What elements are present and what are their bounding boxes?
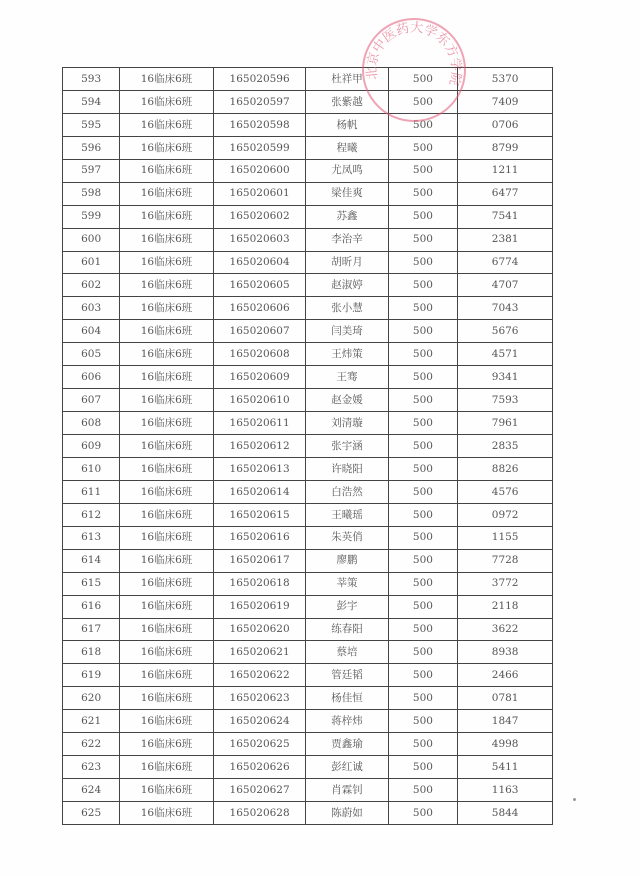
- row-index-cell: 622: [63, 733, 120, 756]
- code-cell: 4571: [458, 343, 553, 366]
- student-name-cell: 赵淑婷: [306, 274, 388, 297]
- class-cell: 16临床6班: [120, 90, 214, 113]
- student-roster-table: 59316临床6班165020596杜祥甲500537059416临床6班165…: [62, 67, 553, 825]
- student-name-cell: 廖鹏: [306, 549, 388, 572]
- class-cell: 16临床6班: [120, 205, 214, 228]
- code-cell: 4576: [458, 480, 553, 503]
- row-index-cell: 618: [63, 641, 120, 664]
- student-name-cell: 白浩然: [306, 480, 388, 503]
- table-row: 59916临床6班165020602苏鑫5007541: [63, 205, 553, 228]
- table-row: 60116临床6班165020604胡昕月5006774: [63, 251, 553, 274]
- code-cell: 7043: [458, 297, 553, 320]
- table-row: 61916临床6班165020622管廷韬5002466: [63, 664, 553, 687]
- student-id-cell: 165020612: [213, 435, 306, 458]
- row-index-cell: 593: [63, 68, 120, 91]
- row-index-cell: 620: [63, 687, 120, 710]
- table-row: 60216临床6班165020605赵淑婷5004707: [63, 274, 553, 297]
- student-id-cell: 165020620: [213, 618, 306, 641]
- amount-cell: 500: [388, 435, 458, 458]
- code-cell: 8938: [458, 641, 553, 664]
- student-id-cell: 165020618: [213, 572, 306, 595]
- amount-cell: 500: [388, 779, 458, 802]
- student-id-cell: 165020610: [213, 389, 306, 412]
- code-cell: 6477: [458, 182, 553, 205]
- code-cell: 1847: [458, 710, 553, 733]
- student-id-cell: 165020607: [213, 320, 306, 343]
- class-cell: 16临床6班: [120, 687, 214, 710]
- row-index-cell: 614: [63, 549, 120, 572]
- row-index-cell: 623: [63, 756, 120, 779]
- student-id-cell: 165020605: [213, 274, 306, 297]
- student-name-cell: 尤凤鸣: [306, 159, 388, 182]
- student-id-cell: 165020596: [213, 68, 306, 91]
- table-row: 62116临床6班165020624蒋梓炜5001847: [63, 710, 553, 733]
- row-index-cell: 609: [63, 435, 120, 458]
- student-id-cell: 165020621: [213, 641, 306, 664]
- row-index-cell: 597: [63, 159, 120, 182]
- student-id-cell: 165020600: [213, 159, 306, 182]
- amount-cell: 500: [388, 641, 458, 664]
- scanned-page: 59316临床6班165020596杜祥甲500537059416临床6班165…: [0, 0, 640, 876]
- class-cell: 16临床6班: [120, 136, 214, 159]
- table-row: 61516临床6班165020618莘策5003772: [63, 572, 553, 595]
- table-row: 61216临床6班165020615王曦瑶5000972: [63, 503, 553, 526]
- student-name-cell: 彭宇: [306, 595, 388, 618]
- student-id-cell: 165020601: [213, 182, 306, 205]
- code-cell: 3772: [458, 572, 553, 595]
- class-cell: 16临床6班: [120, 435, 214, 458]
- class-cell: 16临床6班: [120, 618, 214, 641]
- student-id-cell: 165020598: [213, 113, 306, 136]
- student-id-cell: 165020604: [213, 251, 306, 274]
- student-id-cell: 165020615: [213, 503, 306, 526]
- row-index-cell: 608: [63, 412, 120, 435]
- student-id-cell: 165020602: [213, 205, 306, 228]
- student-name-cell: 杨佳恒: [306, 687, 388, 710]
- code-cell: 5411: [458, 756, 553, 779]
- student-id-cell: 165020625: [213, 733, 306, 756]
- table-row: 62016临床6班165020623杨佳恒5000781: [63, 687, 553, 710]
- row-index-cell: 605: [63, 343, 120, 366]
- code-cell: 1155: [458, 526, 553, 549]
- class-cell: 16临床6班: [120, 641, 214, 664]
- class-cell: 16临床6班: [120, 182, 214, 205]
- student-name-cell: 朱英俏: [306, 526, 388, 549]
- table-row: 59316临床6班165020596杜祥甲5005370: [63, 68, 553, 91]
- student-name-cell: 张小慧: [306, 297, 388, 320]
- amount-cell: 500: [388, 68, 458, 91]
- amount-cell: 500: [388, 343, 458, 366]
- class-cell: 16临床6班: [120, 526, 214, 549]
- row-index-cell: 613: [63, 526, 120, 549]
- amount-cell: 500: [388, 549, 458, 572]
- student-id-cell: 165020611: [213, 412, 306, 435]
- student-name-cell: 练春阳: [306, 618, 388, 641]
- class-cell: 16临床6班: [120, 113, 214, 136]
- row-index-cell: 596: [63, 136, 120, 159]
- amount-cell: 500: [388, 182, 458, 205]
- class-cell: 16临床6班: [120, 412, 214, 435]
- student-name-cell: 杜祥甲: [306, 68, 388, 91]
- code-cell: 7961: [458, 412, 553, 435]
- roster-body: 59316临床6班165020596杜祥甲500537059416临床6班165…: [63, 68, 553, 825]
- code-cell: 5370: [458, 68, 553, 91]
- amount-cell: 500: [388, 480, 458, 503]
- student-id-cell: 165020626: [213, 756, 306, 779]
- code-cell: 4998: [458, 733, 553, 756]
- student-id-cell: 165020628: [213, 802, 306, 825]
- code-cell: 0706: [458, 113, 553, 136]
- student-id-cell: 165020619: [213, 595, 306, 618]
- class-cell: 16临床6班: [120, 457, 214, 480]
- table-row: 61016临床6班165020613许晓阳5008826: [63, 457, 553, 480]
- student-name-cell: 杨帆: [306, 113, 388, 136]
- class-cell: 16临床6班: [120, 503, 214, 526]
- student-id-cell: 165020599: [213, 136, 306, 159]
- student-name-cell: 王炜策: [306, 343, 388, 366]
- code-cell: 8826: [458, 457, 553, 480]
- class-cell: 16临床6班: [120, 572, 214, 595]
- class-cell: 16临床6班: [120, 343, 214, 366]
- code-cell: 7593: [458, 389, 553, 412]
- table-row: 62216临床6班165020625贾鑫瑜5004998: [63, 733, 553, 756]
- student-id-cell: 165020617: [213, 549, 306, 572]
- code-cell: 2466: [458, 664, 553, 687]
- class-cell: 16临床6班: [120, 228, 214, 251]
- table-row: 59616临床6班165020599程曦5008799: [63, 136, 553, 159]
- table-row: 60416临床6班165020607闫美琦5005676: [63, 320, 553, 343]
- student-name-cell: 王曦瑶: [306, 503, 388, 526]
- class-cell: 16临床6班: [120, 802, 214, 825]
- row-index-cell: 606: [63, 366, 120, 389]
- class-cell: 16临床6班: [120, 480, 214, 503]
- row-index-cell: 612: [63, 503, 120, 526]
- table-row: 62416临床6班165020627肖霖钊5001163: [63, 779, 553, 802]
- student-name-cell: 陈蔚如: [306, 802, 388, 825]
- table-row: 60816临床6班165020611刘清璇5007961: [63, 412, 553, 435]
- student-id-cell: 165020608: [213, 343, 306, 366]
- class-cell: 16临床6班: [120, 366, 214, 389]
- amount-cell: 500: [388, 710, 458, 733]
- amount-cell: 500: [388, 297, 458, 320]
- student-name-cell: 李治辛: [306, 228, 388, 251]
- amount-cell: 500: [388, 756, 458, 779]
- table-row: 61416临床6班165020617廖鹏5007728: [63, 549, 553, 572]
- code-cell: 2381: [458, 228, 553, 251]
- class-cell: 16临床6班: [120, 710, 214, 733]
- row-index-cell: 611: [63, 480, 120, 503]
- class-cell: 16临床6班: [120, 549, 214, 572]
- table-row: 62316临床6班165020626彭红诚5005411: [63, 756, 553, 779]
- table-row: 60916临床6班165020612张宇涵5002835: [63, 435, 553, 458]
- amount-cell: 500: [388, 733, 458, 756]
- table-row: 60016临床6班165020603李治辛5002381: [63, 228, 553, 251]
- table-row: 60716临床6班165020610赵金媛5007593: [63, 389, 553, 412]
- row-index-cell: 615: [63, 572, 120, 595]
- student-name-cell: 程曦: [306, 136, 388, 159]
- student-id-cell: 165020616: [213, 526, 306, 549]
- row-index-cell: 616: [63, 595, 120, 618]
- code-cell: 2118: [458, 595, 553, 618]
- code-cell: 3622: [458, 618, 553, 641]
- row-index-cell: 624: [63, 779, 120, 802]
- student-name-cell: 闫美琦: [306, 320, 388, 343]
- table-row: 61816临床6班165020621蔡培5008938: [63, 641, 553, 664]
- row-index-cell: 607: [63, 389, 120, 412]
- amount-cell: 500: [388, 802, 458, 825]
- scan-speck: [573, 798, 576, 801]
- student-name-cell: 梁佳爽: [306, 182, 388, 205]
- amount-cell: 500: [388, 366, 458, 389]
- table-row: 60516临床6班165020608王炜策5004571: [63, 343, 553, 366]
- student-name-cell: 张紫越: [306, 90, 388, 113]
- table-row: 59816临床6班165020601梁佳爽5006477: [63, 182, 553, 205]
- amount-cell: 500: [388, 136, 458, 159]
- table-row: 59516临床6班165020598杨帆5000706: [63, 113, 553, 136]
- class-cell: 16临床6班: [120, 389, 214, 412]
- row-index-cell: 600: [63, 228, 120, 251]
- student-name-cell: 彭红诚: [306, 756, 388, 779]
- class-cell: 16临床6班: [120, 68, 214, 91]
- row-index-cell: 599: [63, 205, 120, 228]
- student-id-cell: 165020622: [213, 664, 306, 687]
- student-id-cell: 165020614: [213, 480, 306, 503]
- amount-cell: 500: [388, 664, 458, 687]
- row-index-cell: 617: [63, 618, 120, 641]
- student-id-cell: 165020624: [213, 710, 306, 733]
- code-cell: 7541: [458, 205, 553, 228]
- row-index-cell: 604: [63, 320, 120, 343]
- table-row: 59416临床6班165020597张紫越5007409: [63, 90, 553, 113]
- code-cell: 1211: [458, 159, 553, 182]
- code-cell: 8799: [458, 136, 553, 159]
- code-cell: 1163: [458, 779, 553, 802]
- row-index-cell: 625: [63, 802, 120, 825]
- row-index-cell: 610: [63, 457, 120, 480]
- table-row: 61616临床6班165020619彭宇5002118: [63, 595, 553, 618]
- table-row: 61316临床6班165020616朱英俏5001155: [63, 526, 553, 549]
- amount-cell: 500: [388, 389, 458, 412]
- student-name-cell: 贾鑫瑜: [306, 733, 388, 756]
- student-name-cell: 刘清璇: [306, 412, 388, 435]
- amount-cell: 500: [388, 572, 458, 595]
- class-cell: 16临床6班: [120, 274, 214, 297]
- code-cell: 7728: [458, 549, 553, 572]
- student-name-cell: 蔡培: [306, 641, 388, 664]
- student-id-cell: 165020609: [213, 366, 306, 389]
- amount-cell: 500: [388, 687, 458, 710]
- code-cell: 5844: [458, 802, 553, 825]
- row-index-cell: 621: [63, 710, 120, 733]
- student-name-cell: 管廷韬: [306, 664, 388, 687]
- table-row: 60316临床6班165020606张小慧5007043: [63, 297, 553, 320]
- class-cell: 16临床6班: [120, 779, 214, 802]
- student-name-cell: 肖霖钊: [306, 779, 388, 802]
- row-index-cell: 619: [63, 664, 120, 687]
- amount-cell: 500: [388, 457, 458, 480]
- student-name-cell: 莘策: [306, 572, 388, 595]
- amount-cell: 500: [388, 159, 458, 182]
- class-cell: 16临床6班: [120, 251, 214, 274]
- row-index-cell: 594: [63, 90, 120, 113]
- code-cell: 2835: [458, 435, 553, 458]
- class-cell: 16临床6班: [120, 159, 214, 182]
- class-cell: 16临床6班: [120, 297, 214, 320]
- amount-cell: 500: [388, 228, 458, 251]
- class-cell: 16临床6班: [120, 664, 214, 687]
- amount-cell: 500: [388, 113, 458, 136]
- student-id-cell: 165020613: [213, 457, 306, 480]
- class-cell: 16临床6班: [120, 595, 214, 618]
- amount-cell: 500: [388, 618, 458, 641]
- student-name-cell: 苏鑫: [306, 205, 388, 228]
- table-row: 59716临床6班165020600尤凤鸣5001211: [63, 159, 553, 182]
- code-cell: 4707: [458, 274, 553, 297]
- student-id-cell: 165020623: [213, 687, 306, 710]
- student-id-cell: 165020603: [213, 228, 306, 251]
- student-name-cell: 许晓阳: [306, 457, 388, 480]
- amount-cell: 500: [388, 412, 458, 435]
- student-id-cell: 165020606: [213, 297, 306, 320]
- row-index-cell: 602: [63, 274, 120, 297]
- student-name-cell: 张宇涵: [306, 435, 388, 458]
- student-name-cell: 蒋梓炜: [306, 710, 388, 733]
- table-row: 61116临床6班165020614白浩然5004576: [63, 480, 553, 503]
- table-row: 61716临床6班165020620练春阳5003622: [63, 618, 553, 641]
- table-row: 60616临床6班165020609王骞5009341: [63, 366, 553, 389]
- code-cell: 0781: [458, 687, 553, 710]
- student-id-cell: 165020627: [213, 779, 306, 802]
- code-cell: 5676: [458, 320, 553, 343]
- amount-cell: 500: [388, 320, 458, 343]
- row-index-cell: 601: [63, 251, 120, 274]
- student-name-cell: 王骞: [306, 366, 388, 389]
- class-cell: 16临床6班: [120, 733, 214, 756]
- amount-cell: 500: [388, 595, 458, 618]
- code-cell: 6774: [458, 251, 553, 274]
- amount-cell: 500: [388, 526, 458, 549]
- row-index-cell: 603: [63, 297, 120, 320]
- code-cell: 9341: [458, 366, 553, 389]
- class-cell: 16临床6班: [120, 756, 214, 779]
- row-index-cell: 598: [63, 182, 120, 205]
- student-name-cell: 胡昕月: [306, 251, 388, 274]
- table-row: 62516临床6班165020628陈蔚如5005844: [63, 802, 553, 825]
- amount-cell: 500: [388, 251, 458, 274]
- code-cell: 0972: [458, 503, 553, 526]
- amount-cell: 500: [388, 90, 458, 113]
- student-name-cell: 赵金媛: [306, 389, 388, 412]
- amount-cell: 500: [388, 503, 458, 526]
- amount-cell: 500: [388, 274, 458, 297]
- class-cell: 16临床6班: [120, 320, 214, 343]
- row-index-cell: 595: [63, 113, 120, 136]
- amount-cell: 500: [388, 205, 458, 228]
- code-cell: 7409: [458, 90, 553, 113]
- student-id-cell: 165020597: [213, 90, 306, 113]
